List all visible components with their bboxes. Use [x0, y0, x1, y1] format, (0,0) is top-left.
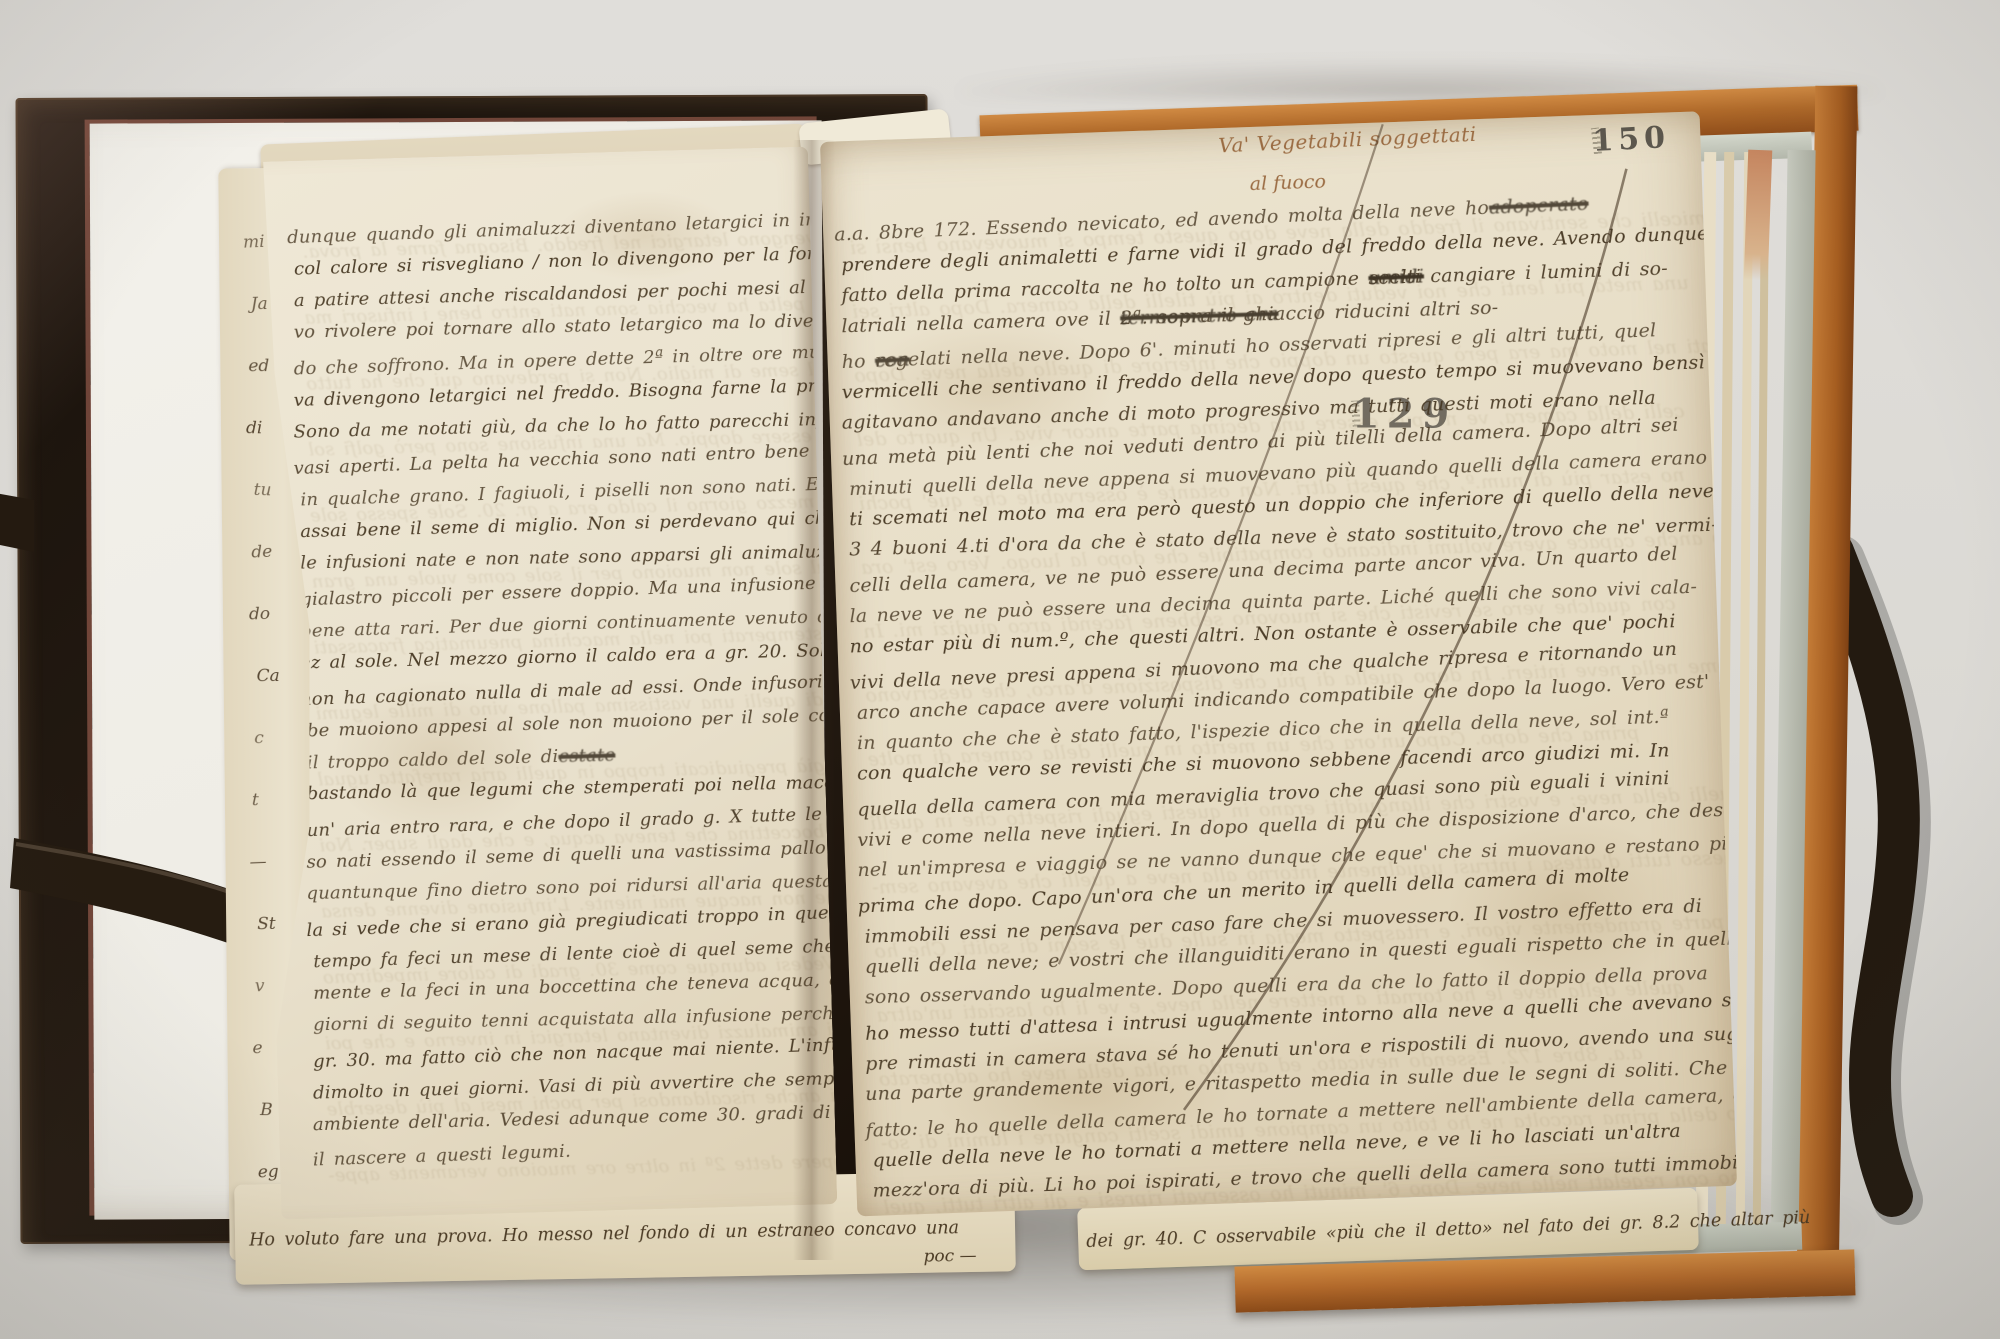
photo-vignette [0, 0, 2000, 1339]
manuscript-photo-scene: bernatam.te estrel prova tutta le ... mi… [0, 0, 2000, 1339]
